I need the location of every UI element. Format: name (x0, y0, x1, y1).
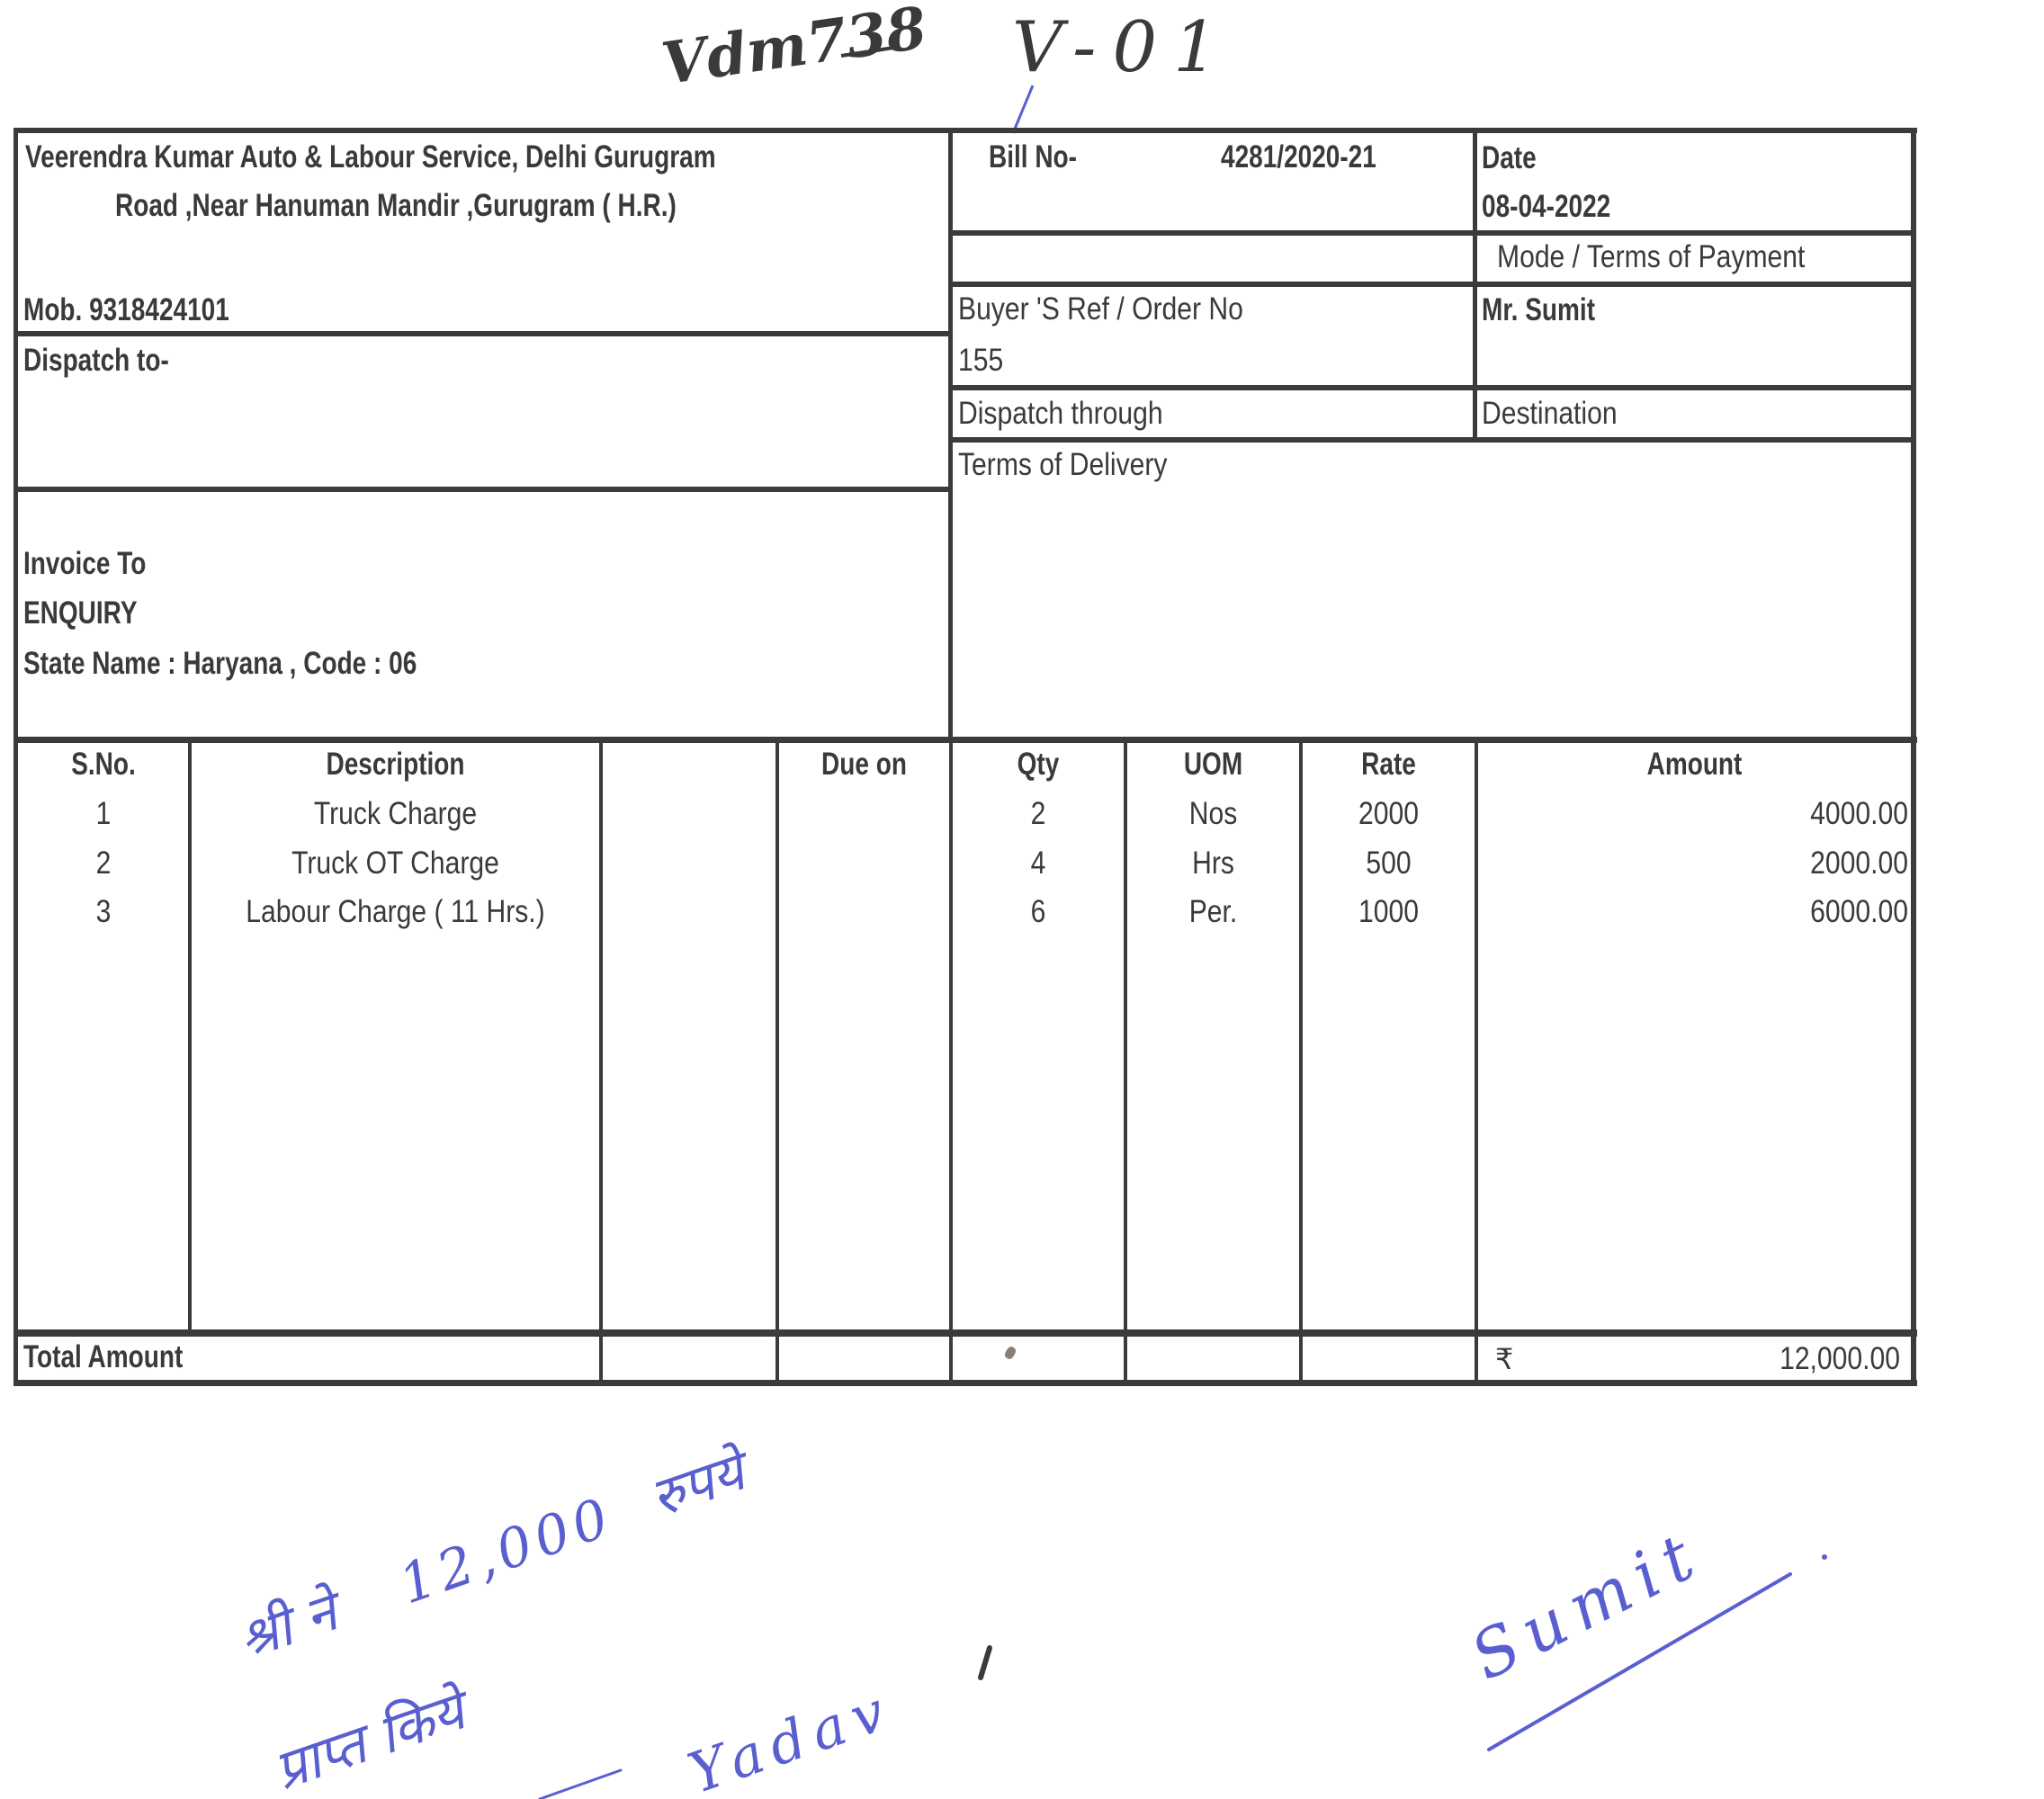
handwriting-strokes (0, 0, 2044, 1799)
